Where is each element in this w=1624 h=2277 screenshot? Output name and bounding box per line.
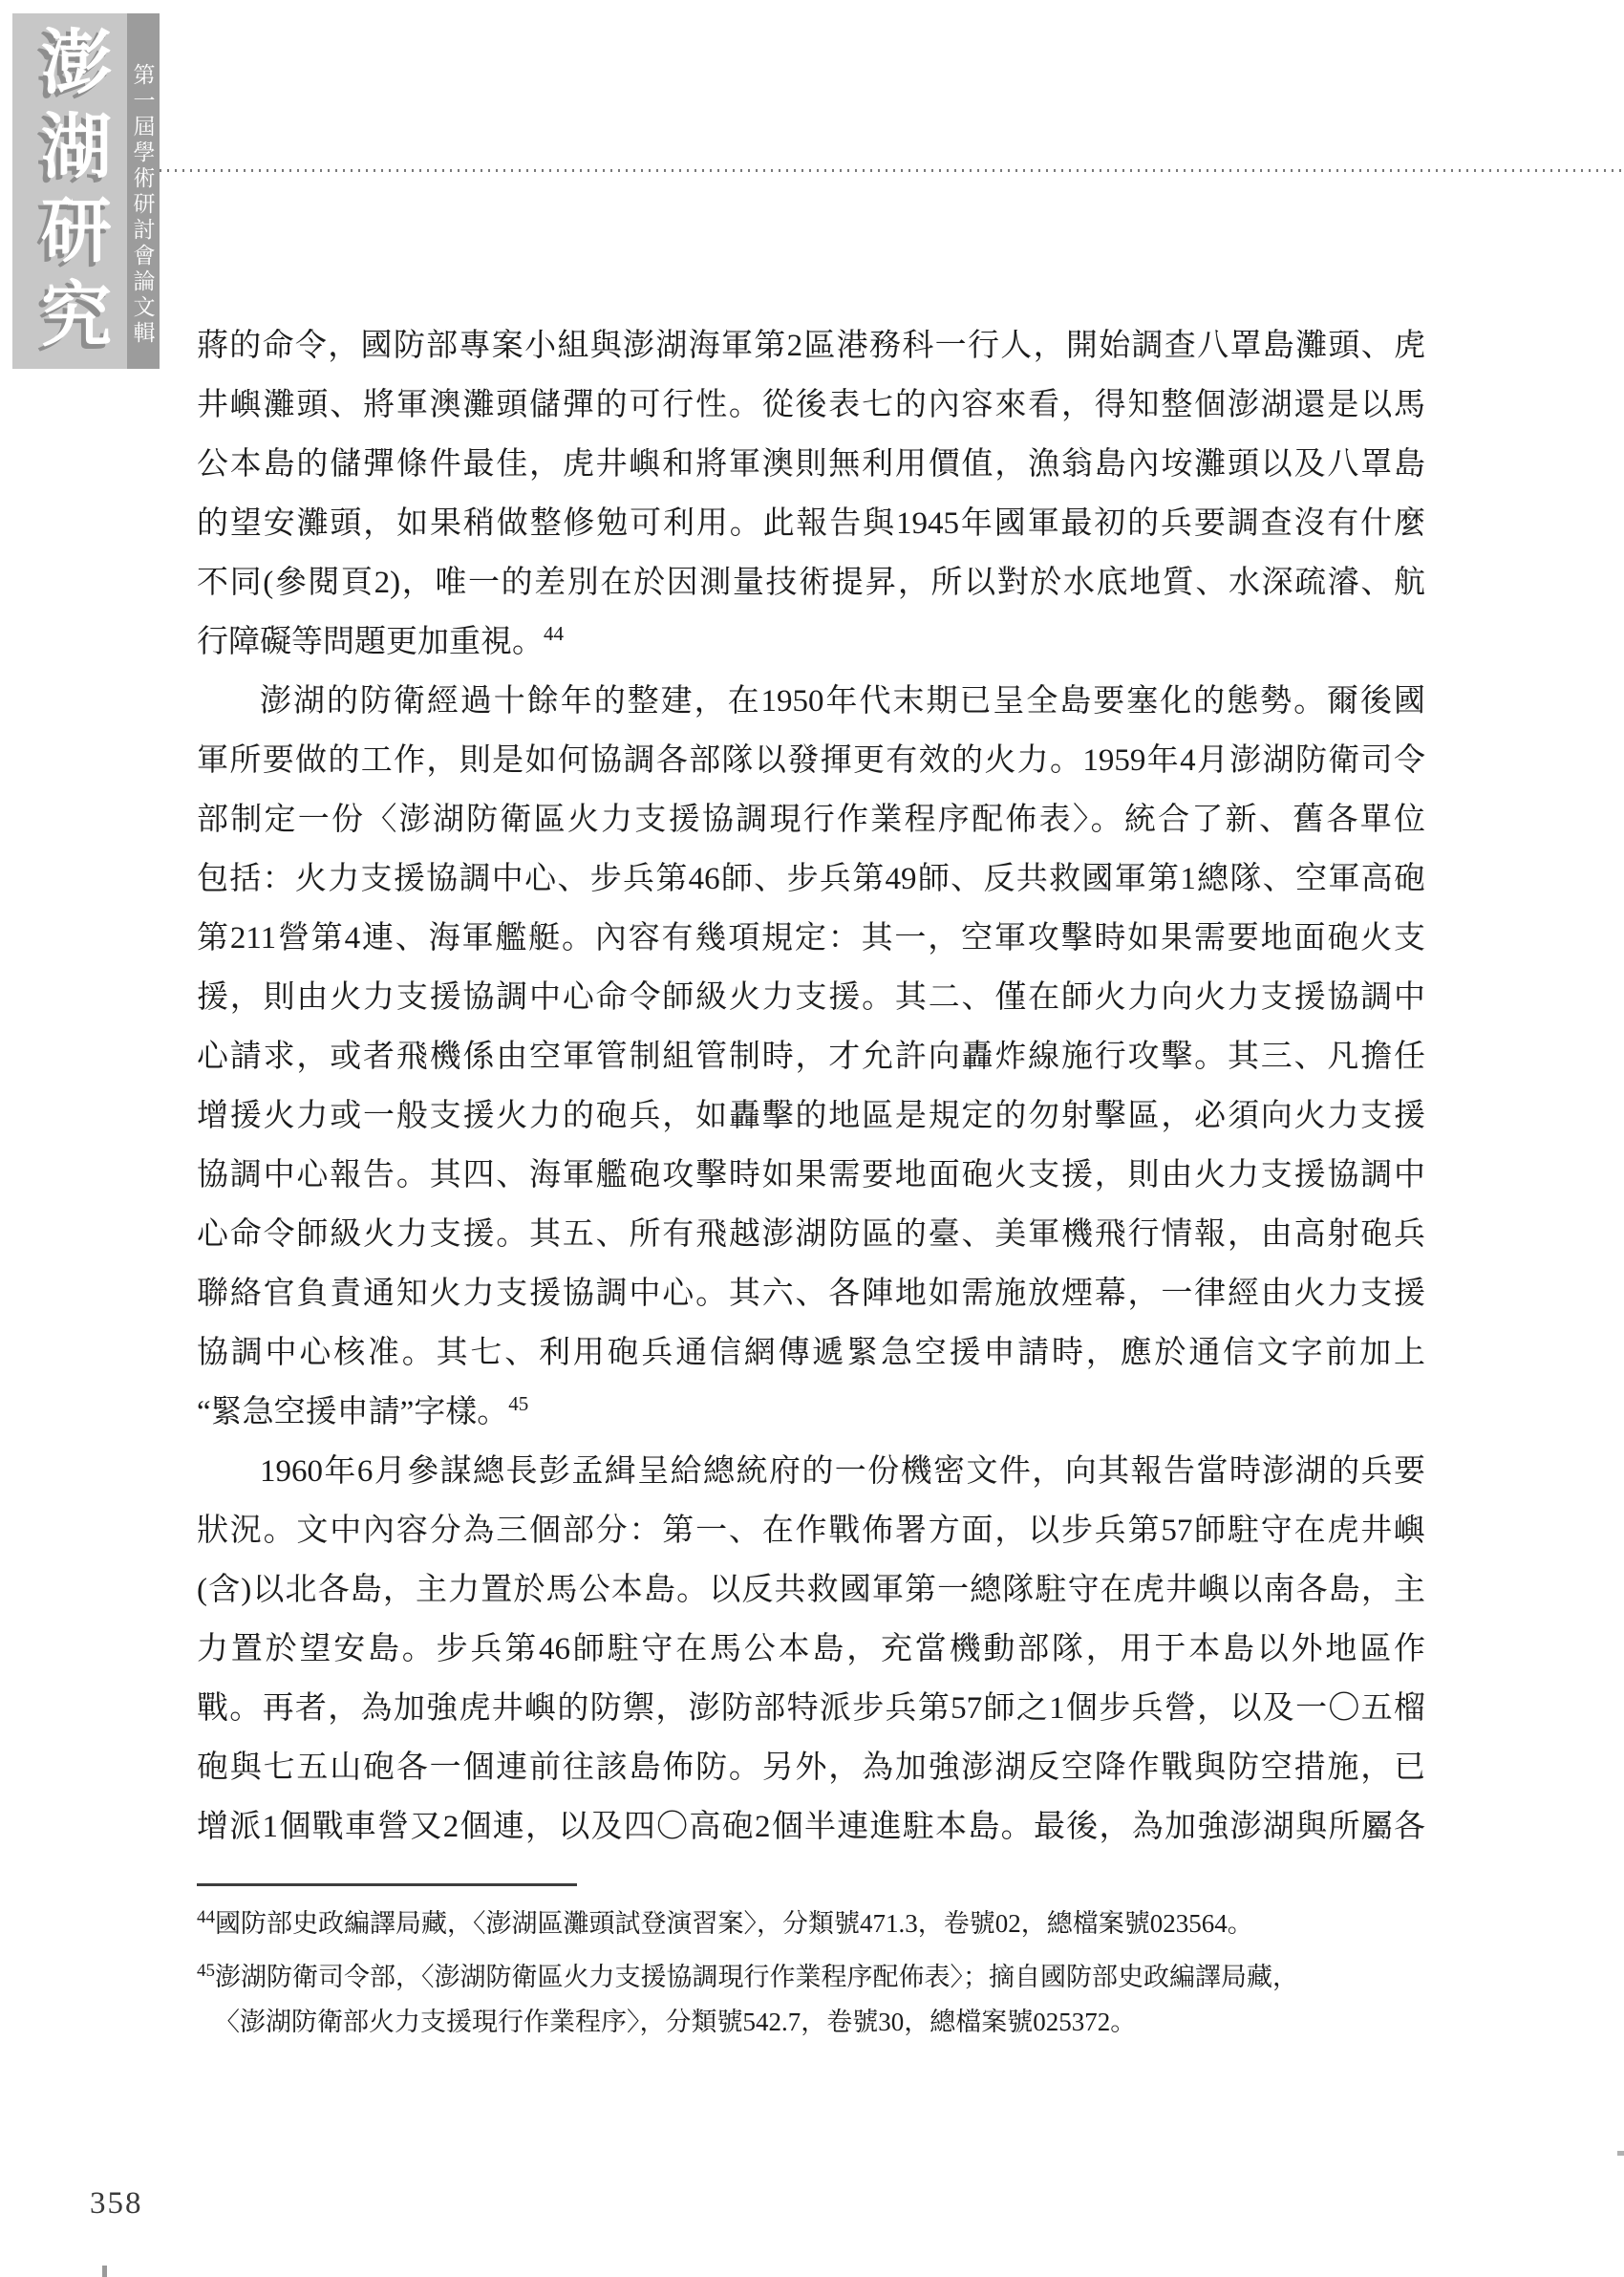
body-text: 蔣的命令，國防部專案小組與澎湖海軍第2區港務科一行人，開始調查八罩島灘頭、虎井嶼…: [197, 316, 1425, 1857]
body-line-text: 心命令師級火力支援。其五、所有飛越澎湖防區的臺、美軍機飛行情報，由高射砲兵: [197, 1217, 1425, 1252]
body-line-text: 力置於望安島。步兵第46師駐守在馬公本島，充當機動部隊，用于本島以外地區作: [197, 1632, 1425, 1666]
body-line-text: 狀況。文中內容分為三個部分：第一、在作戰佈署方面，以步兵第57師駐守在虎井嶼: [197, 1514, 1425, 1548]
body-line: 不同(參閱頁2)，唯一的差別在於因測量技術提昇，所以對於水底地質、水深疏濬、航: [197, 553, 1425, 612]
footnote: 44國防部史政編譯局藏，〈澎湖區灘頭試登演習案〉，分類號471.3，卷號02，總…: [197, 1901, 1477, 1946]
body-line-text: 軍所要做的工作，則是如何協調各部隊以發揮更有效的火力。1959年4月澎湖防衛司令: [197, 743, 1425, 778]
body-line: 援，則由火力支援協調中心命令師級火力支援。其二、僅在師火力向火力支援協調中: [197, 968, 1425, 1027]
body-line-text: 增援火力或一般支援火力的砲兵，如轟擊的地區是規定的勿射擊區，必須向火力支援: [197, 1099, 1425, 1133]
body-line-text: 不同(參閱頁2)，唯一的差別在於因測量技術提昇，所以對於水底地質、水深疏濬、航: [197, 566, 1425, 600]
series-title: 澎湖研究: [19, 13, 120, 369]
body-line: 的望安灘頭，如果稍做整修勉可利用。此報告與1945年國軍最初的兵要調查沒有什麼: [197, 494, 1425, 553]
body-line-text: 戰。再者，為加強虎井嶼的防禦，澎防部特派步兵第57師之1個步兵營，以及一〇五榴: [197, 1691, 1425, 1726]
body-line-text: “緊急空援申請”字樣。: [197, 1395, 508, 1429]
paragraph: 蔣的命令，國防部專案小組與澎湖海軍第2區港務科一行人，開始調查八罩島灘頭、虎井嶼…: [197, 316, 1425, 672]
body-line-text: 聯絡官負責通知火力支援協調中心。其六、各陣地如需施放煙幕，一律經由火力支援: [197, 1277, 1425, 1311]
body-line-text: 心請求，或者飛機係由空軍管制組管制時，才允許向轟炸線施行攻擊。其三、凡擔任: [197, 1040, 1425, 1074]
footnote-marker: 45: [197, 1961, 215, 1981]
footnote-ref[interactable]: 44: [544, 622, 564, 645]
body-line-text: 援，則由火力支援協調中心命令師級火力支援。其二、僅在師火力向火力支援協調中: [197, 980, 1425, 1015]
body-line-text: 澎湖的防衛經過十餘年的整建，在1950年代末期已呈全島要塞化的態勢。爾後國: [260, 684, 1425, 719]
body-line-text: 的望安灘頭，如果稍做整修勉可利用。此報告與1945年國軍最初的兵要調查沒有什麼: [197, 506, 1425, 541]
footnote-text: 〈澎湖防衛部火力支援現行作業程序〉，分類號542.7，卷號30，總檔案號0253…: [214, 2008, 1136, 2036]
body-line-text: 部制定一份〈澎湖防衛區火力支援協調現行作業程序配佈表〉。統合了新、舊各單位: [197, 803, 1425, 837]
series-subtitle-strip: 第一屆學術研討會論文輯: [127, 13, 160, 369]
body-line: 增援火力或一般支援火力的砲兵，如轟擊的地區是規定的勿射擊區，必須向火力支援: [197, 1086, 1425, 1146]
document-page: 澎湖研究 第一屆學術研討會論文輯 蔣的命令，國防部專案小組與澎湖海軍第2區港務科…: [0, 0, 1624, 2277]
footnote-line: 45澎湖防衛司令部，〈澎湖防衛區火力支援協調現行作業程序配佈表〉；摘自國防部史政…: [197, 1955, 1477, 2000]
body-line: 部制定一份〈澎湖防衛區火力支援協調現行作業程序配佈表〉。統合了新、舊各單位: [197, 790, 1425, 849]
body-line: 心命令師級火力支援。其五、所有飛越澎湖防區的臺、美軍機飛行情報，由高射砲兵: [197, 1205, 1425, 1264]
body-line: 聯絡官負責通知火力支援協調中心。其六、各陣地如需施放煙幕，一律經由火力支援: [197, 1264, 1425, 1323]
footnote-line: 〈澎湖防衛部火力支援現行作業程序〉，分類號542.7，卷號30，總檔案號0253…: [197, 2000, 1477, 2045]
body-line: 井嶼灘頭、將軍澳灘頭儲彈的可行性。從後表七的內容來看，得知整個澎湖還是以馬: [197, 376, 1425, 435]
dotted-header-rule: [160, 169, 1624, 172]
body-line-text: 1960年6月參謀總長彭孟緝呈給總統府的一份機密文件，向其報告當時澎湖的兵要: [260, 1454, 1425, 1489]
body-line: 軍所要做的工作，則是如何協調各部隊以發揮更有效的火力。1959年4月澎湖防衛司令: [197, 731, 1425, 790]
body-line: 協調中心核准。其七、利用砲兵通信網傳遞緊急空援申請時，應於通信文字前加上: [197, 1323, 1425, 1383]
body-line: “緊急空援申請”字樣。45: [197, 1383, 1425, 1442]
paragraph: 1960年6月參謀總長彭孟緝呈給總統府的一份機密文件，向其報告當時澎湖的兵要狀況…: [197, 1442, 1425, 1857]
body-line: 公本島的儲彈條件最佳，虎井嶼和將軍澳則無利用價值，漁翁島內垵灘頭以及八罩島: [197, 435, 1425, 494]
body-line: 力置於望安島。步兵第46師駐守在馬公本島，充當機動部隊，用于本島以外地區作: [197, 1620, 1425, 1679]
body-line: 澎湖的防衛經過十餘年的整建，在1950年代末期已呈全島要塞化的態勢。爾後國: [197, 672, 1425, 731]
body-line: 戰。再者，為加強虎井嶼的防禦，澎防部特派步兵第57師之1個步兵營，以及一〇五榴: [197, 1679, 1425, 1738]
body-line: 1960年6月參謀總長彭孟緝呈給總統府的一份機密文件，向其報告當時澎湖的兵要: [197, 1442, 1425, 1501]
footnote: 45澎湖防衛司令部，〈澎湖防衛區火力支援協調現行作業程序配佈表〉；摘自國防部史政…: [197, 1955, 1477, 2045]
footnote-line: 44國防部史政編譯局藏，〈澎湖區灘頭試登演習案〉，分類號471.3，卷號02，總…: [197, 1901, 1477, 1946]
footnote-text: 國防部史政編譯局藏，〈澎湖區灘頭試登演習案〉，分類號471.3，卷號02，總檔案…: [215, 1909, 1253, 1938]
body-line: 協調中心報告。其四、海軍艦砲攻擊時如果需要地面砲火支援，則由火力支援協調中: [197, 1146, 1425, 1205]
footnote-separator-rule: [197, 1883, 577, 1886]
series-subtitle: 第一屆學術研討會論文輯: [128, 13, 160, 369]
body-line-text: 蔣的命令，國防部專案小組與澎湖海軍第2區港務科一行人，開始調查八罩島灘頭、虎: [197, 329, 1425, 363]
body-line: 蔣的命令，國防部專案小組與澎湖海軍第2區港務科一行人，開始調查八罩島灘頭、虎: [197, 316, 1425, 376]
body-line: 第211營第4連、海軍艦艇。內容有幾項規定：其一，空軍攻擊時如果需要地面砲火支: [197, 909, 1425, 968]
body-line-text: 行障礙等問題更加重視。: [197, 625, 544, 659]
print-artifact: [102, 2266, 107, 2277]
body-line-text: 協調中心核准。其七、利用砲兵通信網傳遞緊急空援申請時，應於通信文字前加上: [197, 1336, 1425, 1370]
body-line: 包括：火力支援協調中心、步兵第46師、步兵第49師、反共救國軍第1總隊、空軍高砲: [197, 849, 1425, 909]
body-line-text: (含)以北各島，主力置於馬公本島。以反共救國軍第一總隊駐守在虎井嶼以南各島，主: [197, 1573, 1425, 1607]
paragraph: 澎湖的防衛經過十餘年的整建，在1950年代末期已呈全島要塞化的態勢。爾後國軍所要…: [197, 672, 1425, 1442]
body-line-text: 砲與七五山砲各一個連前往該島佈防。另外，為加強澎湖反空降作戰與防空措施，已: [197, 1751, 1425, 1785]
body-line: 行障礙等問題更加重視。44: [197, 612, 1425, 672]
footnotes: 44國防部史政編譯局藏，〈澎湖區灘頭試登演習案〉，分類號471.3，卷號02，總…: [197, 1901, 1477, 2053]
footnote-marker: 44: [197, 1907, 215, 1927]
print-artifact: [1617, 2151, 1624, 2156]
body-line: 增派1個戰車營又2個連，以及四〇高砲2個半連進駐本島。最後，為加強澎湖與所屬各: [197, 1797, 1425, 1857]
body-line-text: 井嶼灘頭、將軍澳灘頭儲彈的可行性。從後表七的內容來看，得知整個澎湖還是以馬: [197, 388, 1425, 422]
body-line: (含)以北各島，主力置於馬公本島。以反共救國軍第一總隊駐守在虎井嶼以南各島，主: [197, 1560, 1425, 1620]
footnote-text: 澎湖防衛司令部，〈澎湖防衛區火力支援協調現行作業程序配佈表〉；摘自國防部史政編譯…: [215, 1963, 1298, 1991]
body-line-text: 第211營第4連、海軍艦艇。內容有幾項規定：其一，空軍攻擊時如果需要地面砲火支: [197, 921, 1425, 956]
body-line: 心請求，或者飛機係由空軍管制組管制時，才允許向轟炸線施行攻擊。其三、凡擔任: [197, 1027, 1425, 1086]
page-number: 358: [90, 2186, 143, 2222]
body-line: 砲與七五山砲各一個連前往該島佈防。另外，為加強澎湖反空降作戰與防空措施，已: [197, 1738, 1425, 1797]
body-line-text: 增派1個戰車營又2個連，以及四〇高砲2個半連進駐本島。最後，為加強澎湖與所屬各: [197, 1810, 1425, 1844]
body-line-text: 包括：火力支援協調中心、步兵第46師、步兵第49師、反共救國軍第1總隊、空軍高砲: [197, 862, 1425, 896]
body-line: 狀況。文中內容分為三個部分：第一、在作戰佈署方面，以步兵第57師駐守在虎井嶼: [197, 1501, 1425, 1560]
footnote-ref[interactable]: 45: [508, 1392, 528, 1415]
body-line-text: 公本島的儲彈條件最佳，虎井嶼和將軍澳則無利用價值，漁翁島內垵灘頭以及八罩島: [197, 447, 1425, 482]
body-line-text: 協調中心報告。其四、海軍艦砲攻擊時如果需要地面砲火支援，則由火力支援協調中: [197, 1158, 1425, 1192]
series-title-box: 澎湖研究: [12, 13, 127, 369]
